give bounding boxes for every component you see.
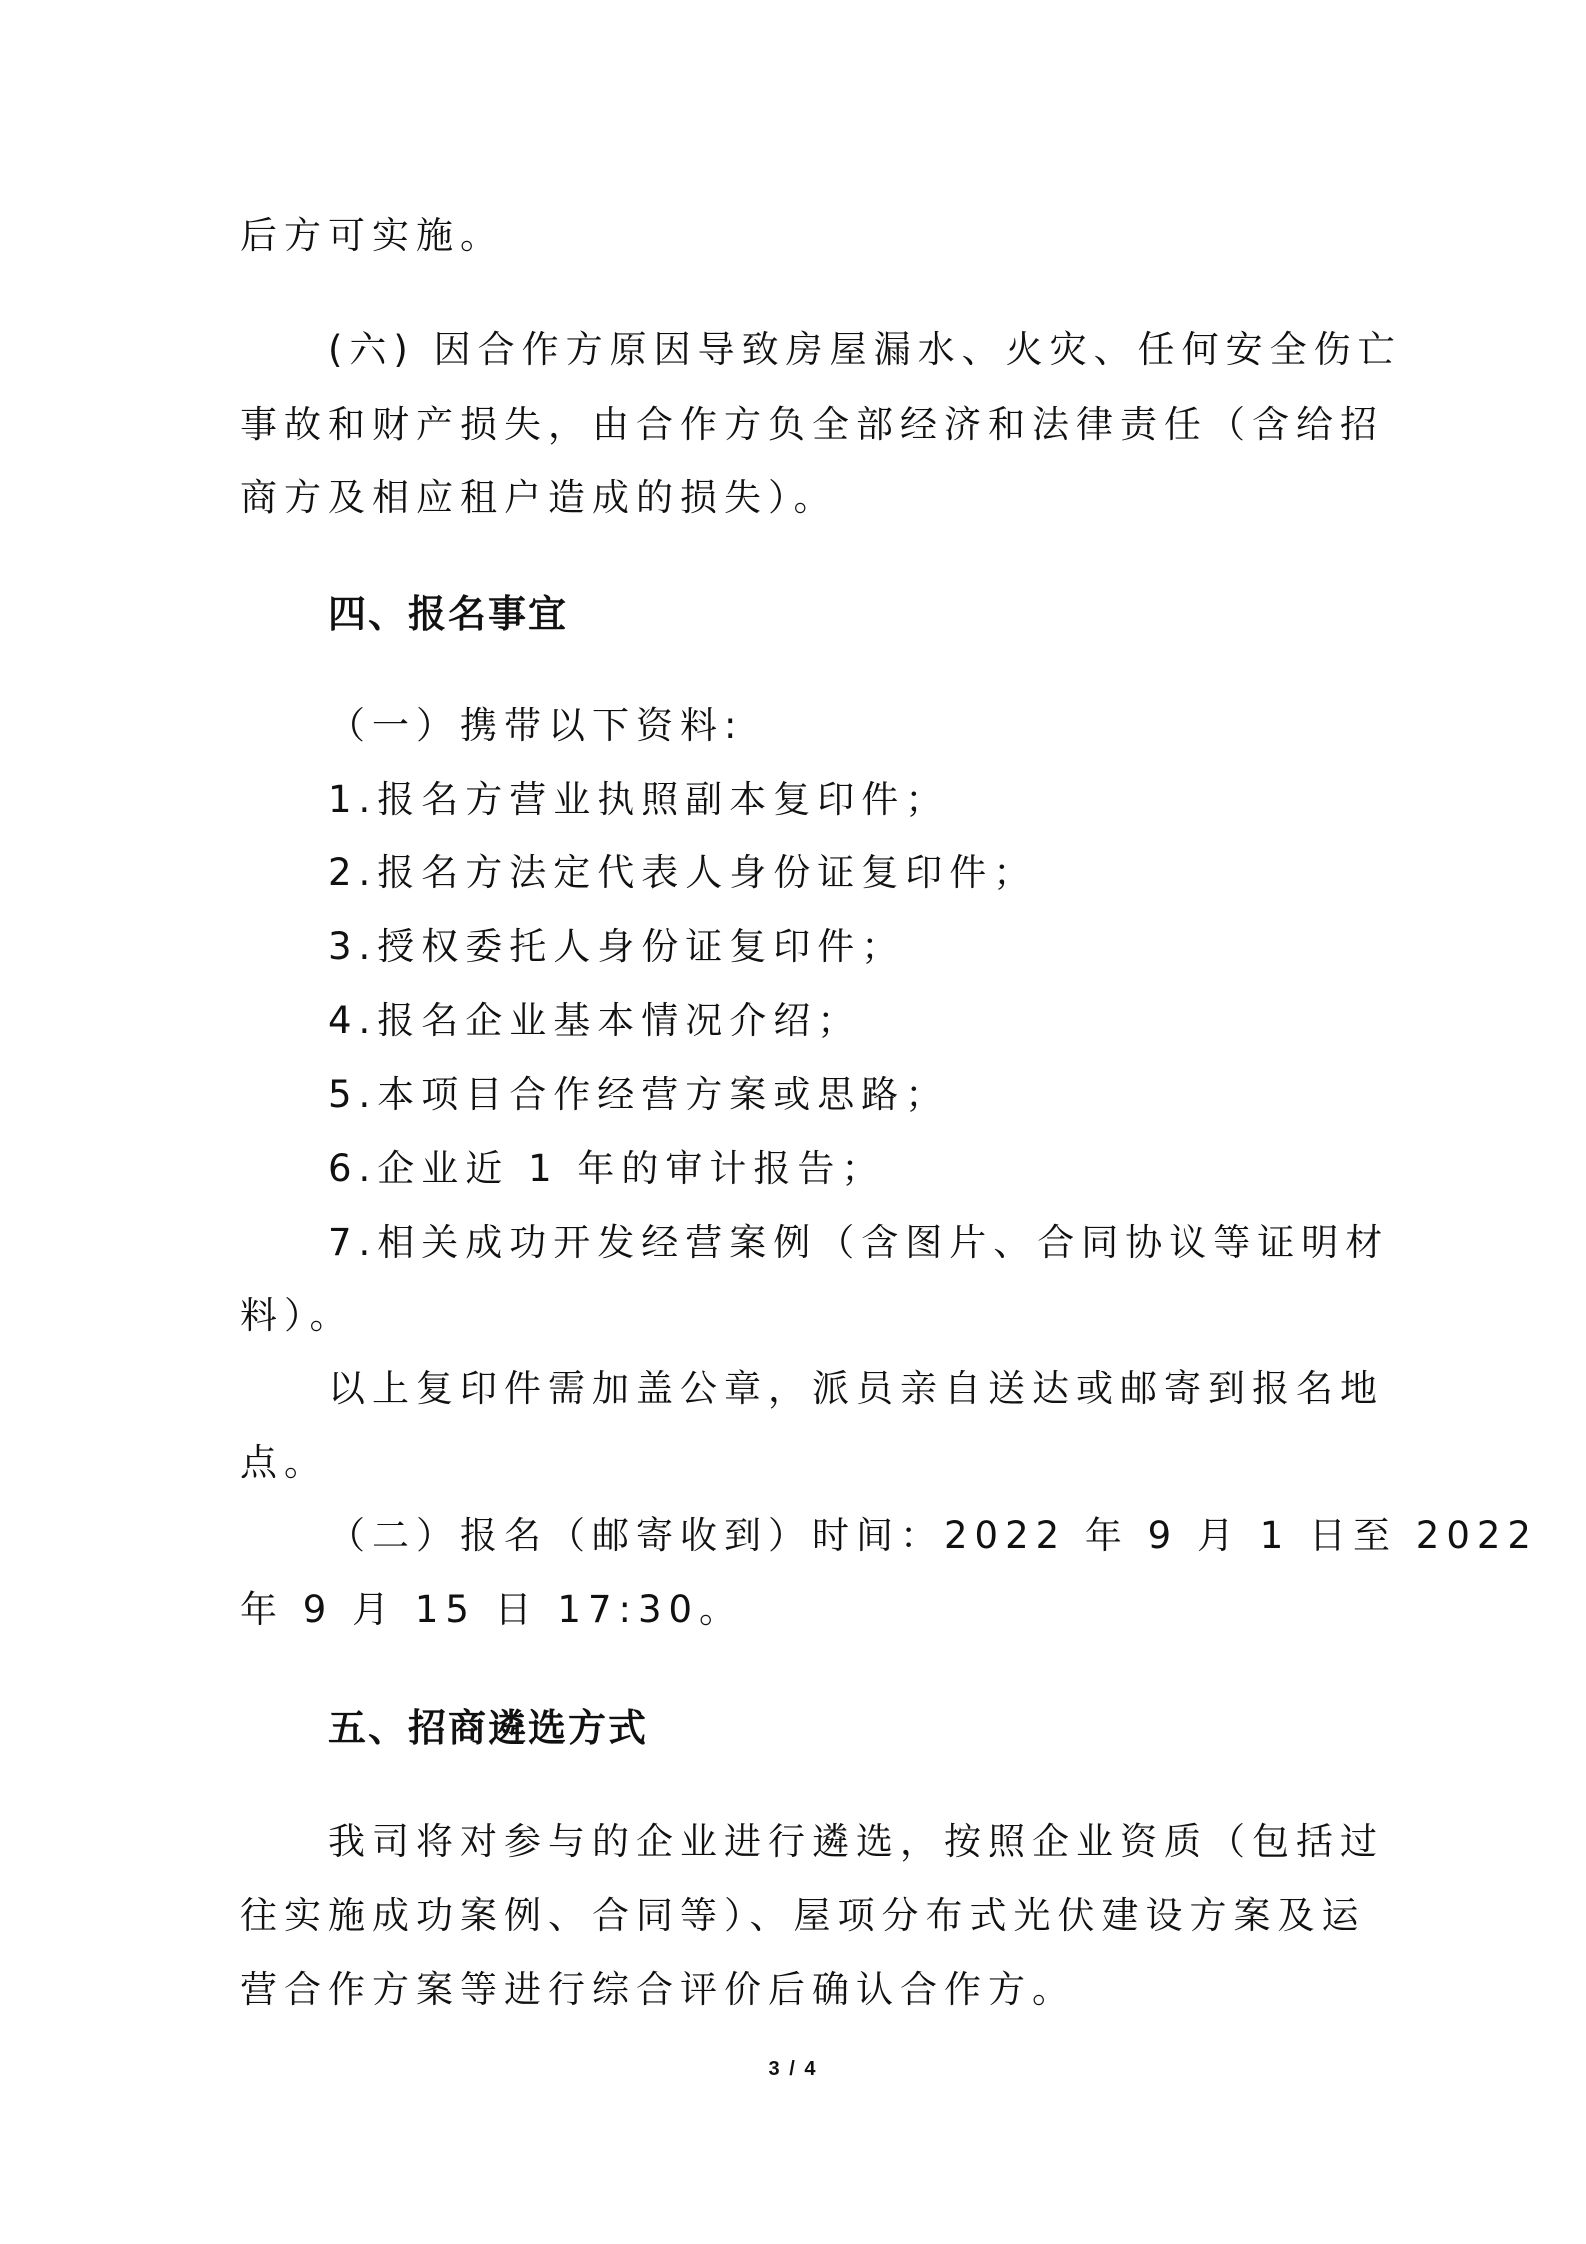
section-heading-selection: 五、招商遴选方式 bbox=[328, 1706, 648, 1750]
subsection-materials: （一）携带以下资料: bbox=[328, 704, 743, 748]
list-item-2: 2.报名方法定代表人身份证复印件； bbox=[328, 851, 1037, 895]
clause-six-line-3: 商方及相应租户造成的损失）。 bbox=[240, 476, 838, 520]
list-item-3: 3.授权委托人身份证复印件； bbox=[328, 925, 905, 969]
list-item-4: 4.报名企业基本情况介绍； bbox=[328, 999, 861, 1043]
section-heading-registration: 四、报名事宜 bbox=[328, 592, 568, 636]
selection-paragraph-line-2: 往实施成功案例、合同等）、屋项分布式光伏建设方案及运 bbox=[240, 1894, 1366, 1938]
list-item-5: 5.本项目合作经营方案或思路； bbox=[328, 1073, 949, 1117]
selection-paragraph-line-3: 营合作方案等进行综合评价后确认合作方。 bbox=[240, 1968, 1076, 2012]
selection-paragraph-line-1: 我司将对参与的企业进行遴选，按照企业资质（包括过 bbox=[328, 1820, 1384, 1864]
clause-six-line-2: 事故和财产损失，由合作方负全部经济和法律责任（含给招 bbox=[240, 403, 1384, 447]
list-item-1: 1.报名方营业执照副本复印件； bbox=[328, 778, 949, 822]
stamp-note-line-2: 点。 bbox=[240, 1441, 328, 1485]
clause-six-line-1: (六) 因合作方原因导致房屋漏水、火灾、任何安全伤亡 bbox=[328, 328, 1402, 372]
list-item-6: 6.企业近 1 年的审计报告； bbox=[328, 1147, 885, 1191]
registration-time-line-1: （二）报名（邮寄收到）时间：2022 年 9 月 1 日至 2022 bbox=[328, 1514, 1538, 1558]
list-item-7-line-2: 料）。 bbox=[240, 1294, 354, 1338]
list-item-7-line-1: 7.相关成功开发经营案例（含图片、合同协议等证明材 bbox=[328, 1221, 1389, 1265]
stamp-note-line-1: 以上复印件需加盖公章，派员亲自送达或邮寄到报名地 bbox=[328, 1367, 1384, 1411]
page-number: 3 / 4 bbox=[0, 2058, 1586, 2081]
paragraph-continuation: 后方可实施。 bbox=[240, 214, 504, 258]
registration-time-line-2: 年 9 月 15 日 17:30。 bbox=[240, 1588, 743, 1632]
